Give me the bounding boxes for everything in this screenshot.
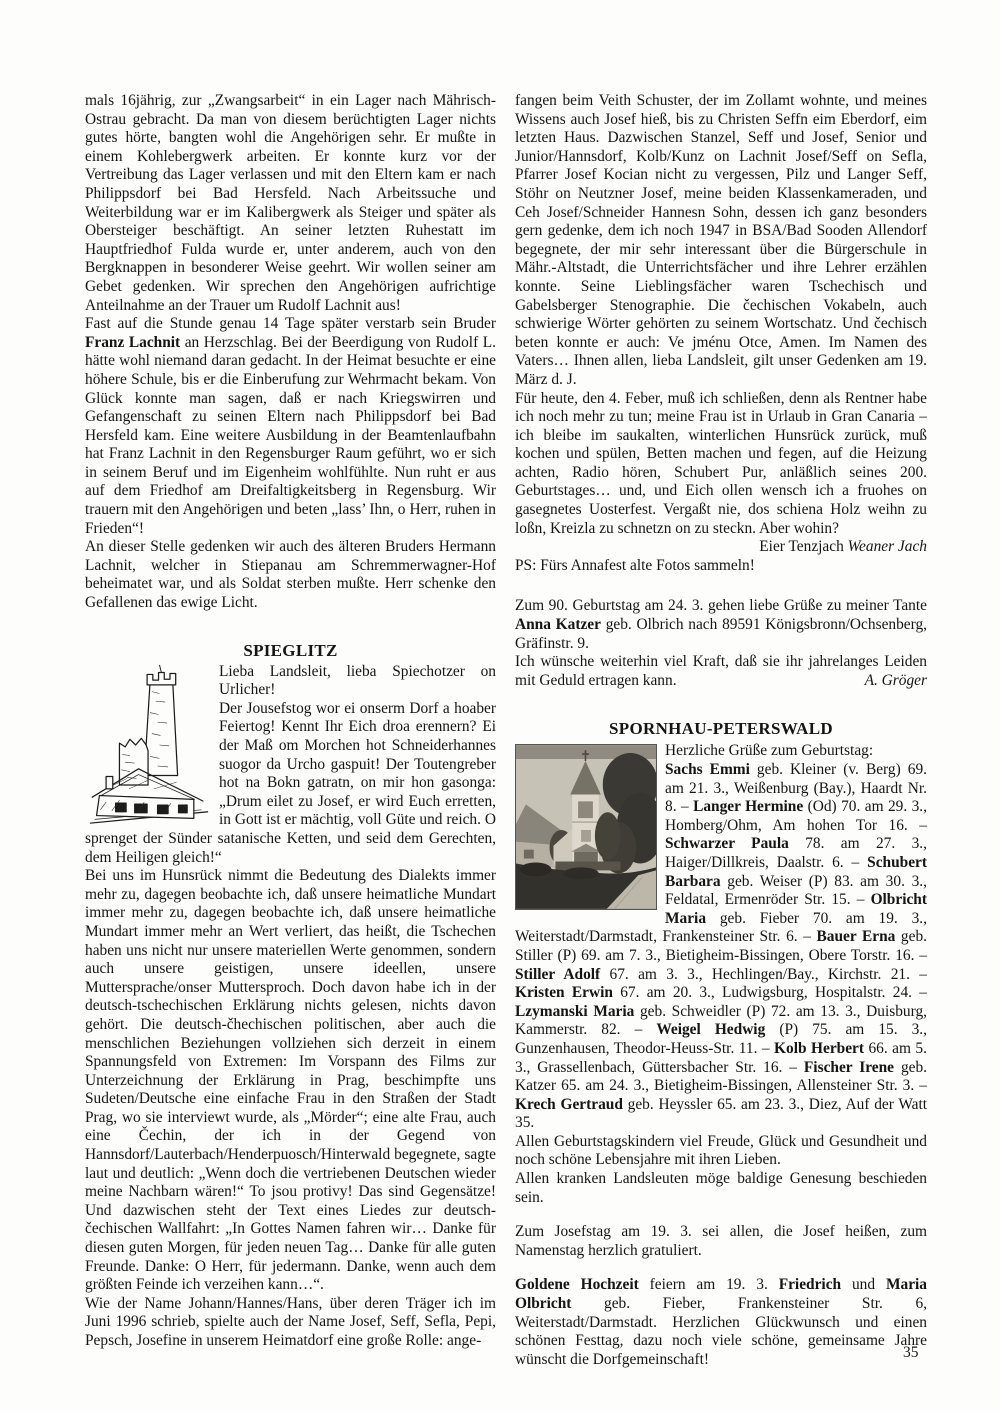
obituary-paragraph-2: Fast auf die Stunde genau 14 Tage später… (85, 315, 496, 538)
birthday-note: Zum 90. Geburtstag am 24. 3. gehen liebe… (515, 597, 927, 653)
spornhau-body: Herzliche Grüße zum Geburtstag: Sachs Em… (515, 742, 927, 1132)
spornhau-outro-1: Allen Geburtstagskindern viel Freude, Gl… (515, 1133, 927, 1170)
josefstag-note: Zum Josefstag am 19. 3. sei allen, die J… (515, 1223, 927, 1260)
obituary-paragraph-3: An dieser Stelle gedenken wir auch des ä… (85, 538, 496, 612)
spieglitz-body: Lieba Landsleit, lieba Spiechotzer on Ur… (85, 663, 496, 868)
josef-names-paragraph-1: fangen beim Veith Schuster, der im Zolla… (515, 92, 927, 390)
tower-illustration (85, 663, 213, 827)
spornhau-heading: SPORNHAU-PETERSWALD (515, 720, 927, 738)
wish-note: Ich wünsche weiterhin viel Kraft, daß si… (515, 653, 927, 690)
spieglitz-paragraph-3: Bei uns im Hunsrück nimmt die Bedeutung … (85, 867, 496, 1295)
spieglitz-paragraph-4: Wie der Name Johann/Hannes/Hans, über de… (85, 1295, 496, 1351)
goldene-hochzeit-note: Goldene Hochzeit feiern am 19. 3. Friedr… (515, 1276, 927, 1369)
obituary-paragraph-1: mals 16jährig, zur „Zwangsarbeit“ in ein… (85, 92, 496, 315)
author-signature-line: Eier Tenzjach Weaner Jach (515, 538, 927, 557)
newsletter-page: mals 16jährig, zur „Zwangsarbeit“ in ein… (0, 0, 1000, 1412)
spornhau-outro-2: Allen kranken Landsleuten möge baldige G… (515, 1170, 927, 1207)
ps-line: PS: Fürs Annafest alte Fotos sammeln! (515, 557, 927, 576)
page-number: 35 (903, 1344, 919, 1362)
spieglitz-heading: SPIEGLITZ (85, 642, 496, 660)
church-photo (515, 744, 657, 910)
left-column: mals 16jährig, zur „Zwangsarbeit“ in ein… (85, 92, 496, 1351)
right-column: fangen beim Veith Schuster, der im Zolla… (515, 92, 927, 1369)
josef-names-paragraph-2: Für heute, den 4. Feber, muß ich schließ… (515, 390, 927, 539)
